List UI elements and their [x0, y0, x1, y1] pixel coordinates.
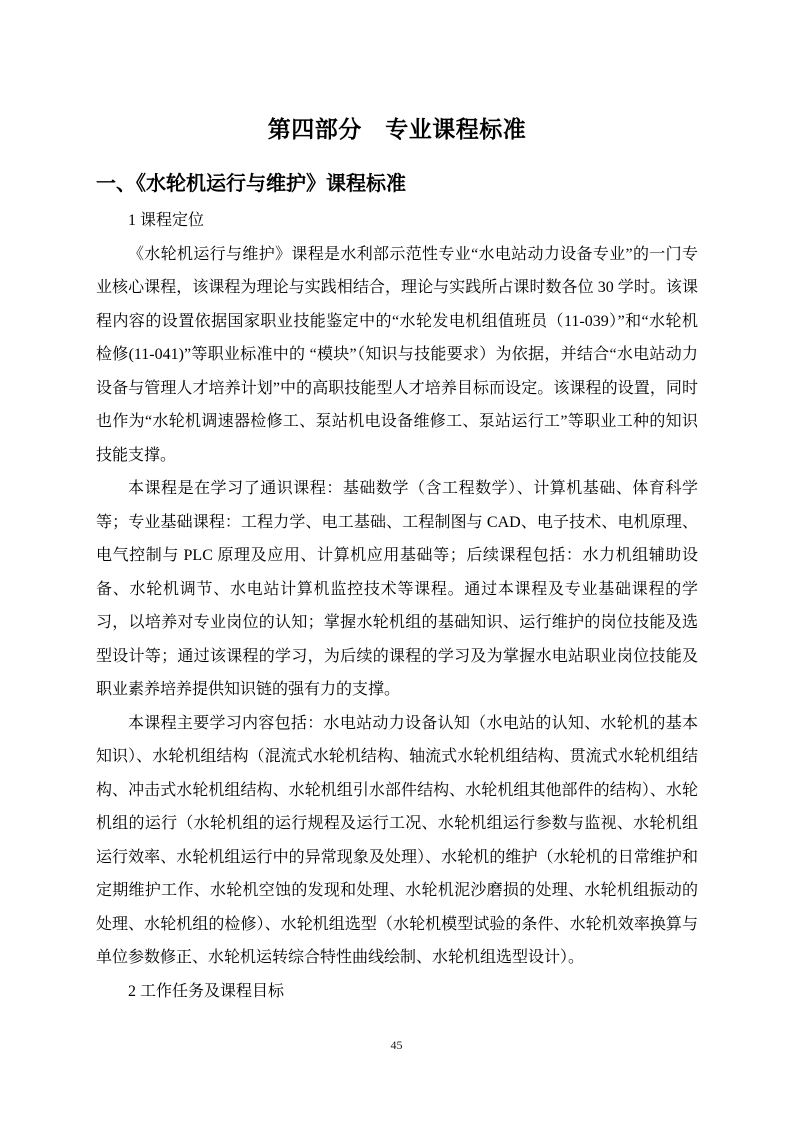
section-heading: 一、《水轮机运行与维护》课程标准: [96, 170, 698, 198]
paragraph-main-learning-content: 本课程主要学习内容包括：水电站动力设备认知（水电站的认知、水轮机的基本知识）、水…: [96, 707, 698, 975]
paragraph-course-positioning: 《水轮机运行与维护》课程是水利部示范性专业“水电站动力设备专业”的一门专业核心课…: [96, 238, 698, 473]
paragraph-prerequisite-courses: 本课程是在学习了通识课程：基础数学（含工程数学）、计算机基础、体育科学等；专业基…: [96, 472, 698, 707]
document-page: 第四部分 专业课程标准 一、《水轮机运行与维护》课程标准 1 课程定位 《水轮机…: [0, 0, 793, 1122]
page-number: 45: [0, 1038, 793, 1053]
body-text: 1 课程定位 《水轮机运行与维护》课程是水利部示范性专业“水电站动力设备专业”的…: [96, 204, 698, 1008]
subsection-2-label: 2 工作任务及课程目标: [96, 975, 698, 1009]
document-title: 第四部分 专业课程标准: [96, 0, 698, 146]
subsection-1-label: 1 课程定位: [96, 204, 698, 238]
page-content: 第四部分 专业课程标准 一、《水轮机运行与维护》课程标准 1 课程定位 《水轮机…: [96, 0, 698, 1008]
